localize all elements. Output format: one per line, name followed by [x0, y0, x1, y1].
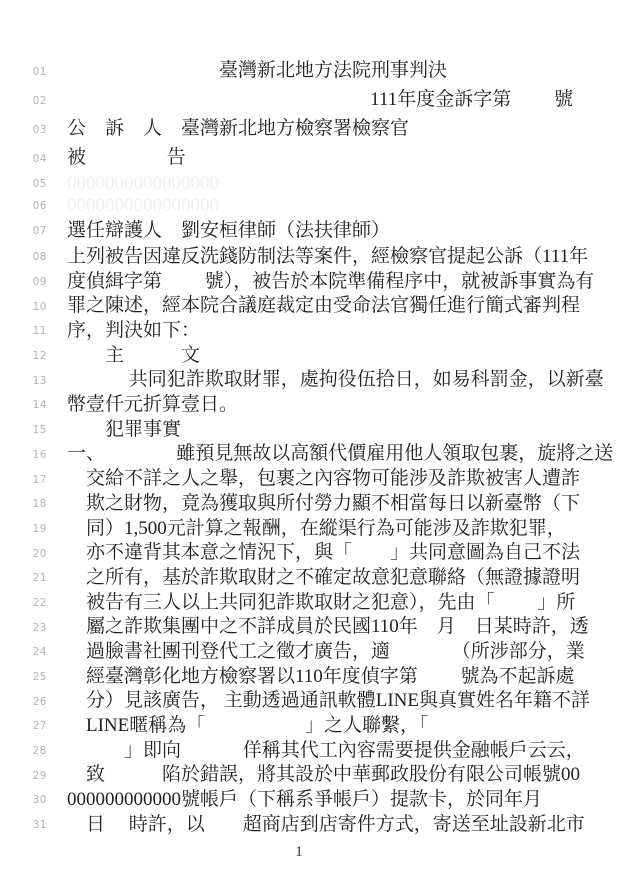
- line-number: 11: [0, 325, 47, 337]
- line-number: 28: [0, 745, 47, 757]
- judgment-line: 30 000000000000號帳戶（下稱系爭帳戶）提款卡，於同年月: [0, 788, 629, 813]
- line-number: 31: [0, 819, 47, 831]
- line-text: 幣壹仟元折算壹日。: [67, 394, 629, 417]
- line-text: 共同犯詐欺取財罪，處拘役伍拾日，如易科罰金，以新臺: [67, 369, 629, 392]
- line-text: 被告有三人以上共同犯詐欺取財之犯意），先由「 」所: [67, 592, 629, 615]
- judgment-line: 16 一、 雖預見無故以高額代價雇用他人領取包裹，旋將之送: [0, 443, 629, 468]
- defense-counsel-line: 07 選任辯護人 劉安桓律師（法扶律師）: [0, 217, 629, 245]
- line-number: 03: [0, 124, 47, 136]
- line-text: 公 訴 人 臺灣新北地方檢察署檢察官: [67, 118, 629, 141]
- line-number: 29: [0, 770, 47, 782]
- line-text: 亦不違背其本意之情況下，與「 」共同意圖為自己不法: [67, 542, 629, 565]
- line-text: 犯罪事實: [67, 419, 629, 442]
- line-number: 13: [0, 375, 47, 387]
- judgment-line: 14 幣壹仟元折算壹日。: [0, 393, 629, 418]
- line-text: 選任辯護人 劉安桓律師（法扶律師）: [67, 220, 629, 243]
- line-number: 25: [0, 671, 47, 683]
- line-number: 22: [0, 597, 47, 609]
- redacted-line: 06 0000000000000000: [0, 195, 629, 217]
- line-number: 05: [0, 178, 47, 190]
- page-number: 1: [67, 843, 629, 861]
- facts-heading-line: 15 犯罪事實: [0, 418, 629, 443]
- line-number: 14: [0, 399, 47, 411]
- judgment-line: 26 分）見該廣告， 主動透過通訊軟體LINE與真實姓名年籍不詳: [0, 689, 629, 714]
- line-number: 04: [0, 153, 47, 165]
- judgment-line: 19 同）1,500元計算之報酬，在縱渠行為可能涉及詐欺犯罪，: [0, 517, 629, 542]
- judgment-line: 13 共同犯詐欺取財罪，處拘役伍拾日，如易科罰金，以新臺: [0, 368, 629, 393]
- case-number-text: 111年度金訴字第 號: [67, 89, 629, 112]
- line-text: 之所有，基於詐欺取財之不確定故意犯意聯絡（無證據證明: [67, 567, 629, 590]
- line-text: 致 陷於錯誤，將其設於中華郵政股份有限公司帳號00: [67, 764, 629, 787]
- redacted-line: 05 0000000000000000: [0, 173, 629, 195]
- judgment-line: 22 被告有三人以上共同犯詐欺取財之犯意），先由「 」所: [0, 591, 629, 616]
- line-text: 同）1,500元計算之報酬，在縱渠行為可能涉及詐欺犯罪，: [67, 518, 629, 541]
- line-number: 19: [0, 523, 47, 535]
- line-text: 一、 雖預見無故以高額代價雇用他人領取包裹，旋將之送: [67, 443, 629, 466]
- line-number: 07: [0, 225, 47, 237]
- judgment-line: 09 度偵緝字第 號），被告於本院準備程序中，就被訴事實為有: [0, 270, 629, 295]
- judgment-line: 24 過臉書社團刊登代工之徵才廣告，適 （所涉部分，業: [0, 640, 629, 665]
- line-number: 30: [0, 794, 47, 806]
- judgment-line: 21 之所有，基於詐欺取財之不確定故意犯意聯絡（無證據證明: [0, 566, 629, 591]
- judgment-line: 27 LINE暱稱為「 」之人聯繫，「: [0, 714, 629, 739]
- case-number-line: 02 111年度金訴字第 號: [0, 86, 629, 115]
- title-line: 01 臺灣新北地方法院刑事判決: [0, 57, 629, 86]
- line-text: 罪之陳述，經本院合議庭裁定由受命法官獨任進行簡式審判程: [67, 295, 629, 318]
- line-number: 10: [0, 301, 47, 313]
- line-text: 過臉書社團刊登代工之徵才廣告，適 （所涉部分，業: [67, 641, 629, 664]
- line-number: 06: [0, 200, 47, 212]
- line-number: 24: [0, 646, 47, 658]
- line-text: 主 文: [67, 345, 629, 368]
- line-text: 屬之詐欺集團中之不詳成員於民國110年 月 日某時許，透: [67, 616, 629, 639]
- judgment-line: 31 日 時許，以 超商店到店寄件方式，寄送至址設新北市: [0, 813, 629, 838]
- line-text: 欺之財物，竟為獲取與所付勞力顯不相當每日以新臺幣（下: [67, 493, 629, 516]
- judgment-line: 28 」即向 佯稱其代工內容需要提供金融帳戶云云，: [0, 739, 629, 764]
- judgment-line: 08 上列被告因違反洗錢防制法等案件，經檢察官提起公訴（111年: [0, 245, 629, 270]
- main-text-heading-line: 12 主 文: [0, 344, 629, 369]
- judgment-line: 25 經臺灣彰化地方檢察署以110年度偵字第 號為不起訴處: [0, 665, 629, 690]
- line-number: 17: [0, 474, 47, 486]
- line-text: 」即向 佯稱其代工內容需要提供金融帳戶云云，: [67, 740, 629, 763]
- judgment-line: 10 罪之陳述，經本院合議庭裁定由受命法官獨任進行簡式審判程: [0, 294, 629, 319]
- line-number: 21: [0, 572, 47, 584]
- line-text: 度偵緝字第 號），被告於本院準備程序中，就被訴事實為有: [67, 271, 629, 294]
- line-number: 26: [0, 696, 47, 708]
- line-number: 16: [0, 449, 47, 461]
- line-text: 經臺灣彰化地方檢察署以110年度偵字第 號為不起訴處: [67, 666, 629, 689]
- judgment-line: 17 交給不詳之人之舉，包裹之內容物可能涉及詐欺被害人遭詐: [0, 467, 629, 492]
- line-number: 01: [0, 66, 47, 78]
- judgment-line: 11 序，判決如下：: [0, 319, 629, 344]
- line-text: 被 告: [67, 147, 629, 170]
- line-text: 分）見該廣告， 主動透過通訊軟體LINE與真實姓名年籍不詳: [67, 690, 629, 713]
- prosecutor-line: 03 公 訴 人 臺灣新北地方檢察署檢察官: [0, 115, 629, 144]
- line-number: 09: [0, 276, 47, 288]
- line-text: 序，判決如下：: [67, 320, 629, 343]
- judgment-line: 18 欺之財物，竟為獲取與所付勞力顯不相當每日以新臺幣（下: [0, 492, 629, 517]
- line-text: 日 時許，以 超商店到店寄件方式，寄送至址設新北市: [67, 814, 629, 837]
- document-title: 臺灣新北地方法院刑事判決: [67, 60, 629, 83]
- page-number-row: 1: [0, 838, 629, 866]
- line-text: 000000000000號帳戶（下稱系爭帳戶）提款卡，於同年月: [67, 789, 629, 812]
- judgment-line: 29 致 陷於錯誤，將其設於中華郵政股份有限公司帳號00: [0, 763, 629, 788]
- line-number: 08: [0, 251, 47, 263]
- line-text: 交給不詳之人之舉，包裹之內容物可能涉及詐欺被害人遭詐: [67, 468, 629, 491]
- line-text: 上列被告因違反洗錢防制法等案件，經檢察官提起公訴（111年: [67, 246, 629, 269]
- redacted-text: 0000000000000000: [67, 195, 629, 218]
- line-text: LINE暱稱為「 」之人聯繫，「: [67, 715, 629, 738]
- line-number: 27: [0, 720, 47, 732]
- judgment-line: 20 亦不違背其本意之情況下，與「 」共同意圖為自己不法: [0, 541, 629, 566]
- line-number: 12: [0, 350, 47, 362]
- line-number: 15: [0, 424, 47, 436]
- redacted-text: 0000000000000000: [67, 173, 629, 196]
- judgment-line: 23 屬之詐欺集團中之不詳成員於民國110年 月 日某時許，透: [0, 615, 629, 640]
- line-number: 20: [0, 548, 47, 560]
- line-number: 18: [0, 498, 47, 510]
- line-number: 02: [0, 95, 47, 107]
- line-number: 23: [0, 622, 47, 634]
- judgment-document: 01 臺灣新北地方法院刑事判決 02 111年度金訴字第 號 03 公 訴 人 …: [0, 0, 629, 866]
- defendant-label-line: 04 被 告: [0, 144, 629, 173]
